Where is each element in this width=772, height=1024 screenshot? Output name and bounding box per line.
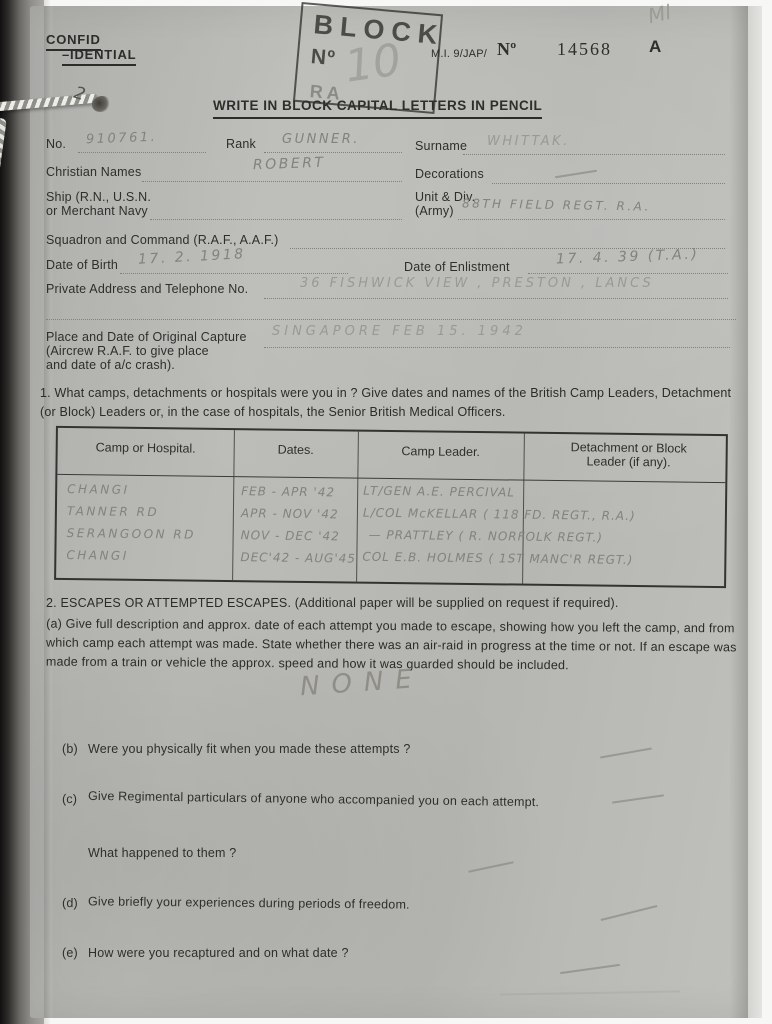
form-reference: M.I. 9/JAP/ [431,48,487,61]
table-header-dates: Dates. [234,442,358,458]
question-1-text: 1. What camps, detachments or hospitals … [40,384,742,422]
ship-label-line1: Ship (R.N., U.S.N. [46,190,151,204]
right-edge-shadow [730,6,748,1018]
table-header-leader: Camp Leader. [358,444,524,460]
address-value: 36 FISHWICK VIEW , PRESTON , LANCS [300,276,654,291]
table-row-camp: CHANGI [67,482,130,497]
capture-label-line3: and date of a/c crash). [46,358,175,372]
number-symbol: Nº [497,39,516,60]
page-instruction-title: WRITE IN BLOCK CAPITAL LETTERS IN PENCIL [213,98,542,119]
question-c-label: (c) [62,792,77,807]
capture-value: SINGAPORE FEB 15. 1942 [272,324,527,339]
table-row-dates: NOV - DEC '42 [241,528,340,543]
table-row-camp: CHANGI [66,548,129,563]
squadron-label: Squadron and Command (R.A.F., A.A.F.) [46,233,279,247]
series-letter: A [649,37,661,57]
address-label: Private Address and Telephone No. [46,282,248,296]
table-header-camp: Camp or Hospital. [58,440,234,456]
christian-names-value: ROBERT [253,155,326,174]
table-row-leader: — PRATTLEY ( R. NORFOLK REGT.) [369,528,604,545]
christian-names-label: Christian Names [46,165,141,179]
camps-table: Camp or Hospital. Dates. Camp Leader. De… [54,426,728,588]
table-header-detachment: Detachment or Block Leader (if any). [533,440,723,470]
table-row-camp: TANNER RD [67,504,159,519]
stamp-no-label: Nº [310,45,337,71]
scanned-document: CONFID –IDENTIAL BLOCK Nº RA 10 M.I. 9/J… [0,0,772,1024]
surname-value: WHITTAK. [487,134,570,149]
question-e-label: (e) [62,946,78,960]
section-2-heading: 2. ESCAPES OR ATTEMPTED ESCAPES. (Additi… [46,594,746,613]
table-row-leader: LT/GEN A.E. PERCIVAL [363,484,515,500]
table-header-row: Camp or Hospital. Dates. Camp Leader. De… [57,428,726,483]
fold-crease [44,0,54,1024]
table-row-dates: DEC'42 - AUG'45 [240,550,356,565]
unit-label-line2: (Army) [415,204,454,218]
enlistment-label: Date of Enlistment [404,260,510,274]
right-page-edge [748,6,762,1018]
capture-label-line2: (Aircrew R.A.F. to give place [46,344,209,358]
question-b-label: (b) [62,742,78,756]
no-value: 910761. [86,130,158,147]
question-c2-text: What happened to them ? [88,846,236,860]
capture-label-line1: Place and Date of Original Capture [46,330,247,344]
table-row-camp: SERANGOON RD [67,526,196,542]
rank-value: GUNNER. [282,132,360,147]
ship-label-line2: or Merchant Navy [46,204,148,218]
question-d-label: (d) [62,896,78,911]
pencil-scrawl-over-stamp: 10 [342,34,405,92]
no-label: No. [46,137,66,151]
surname-label: Surname [415,139,467,153]
question-b-text: Were you physically fit when you made th… [88,742,411,756]
serial-number: 14568 [557,39,612,60]
decorations-label: Decorations [415,167,484,181]
table-row-dates: FEB - APR '42 [241,484,335,499]
question-e-text: How were you recaptured and on what date… [88,946,349,960]
dob-label: Date of Birth [46,258,118,272]
rank-label: Rank [226,137,256,151]
confidential-stamp-bottom: –IDENTIAL [62,47,136,66]
table-row-dates: APR - NOV '42 [241,506,339,521]
corner-pencil-note: Ml [646,0,673,28]
